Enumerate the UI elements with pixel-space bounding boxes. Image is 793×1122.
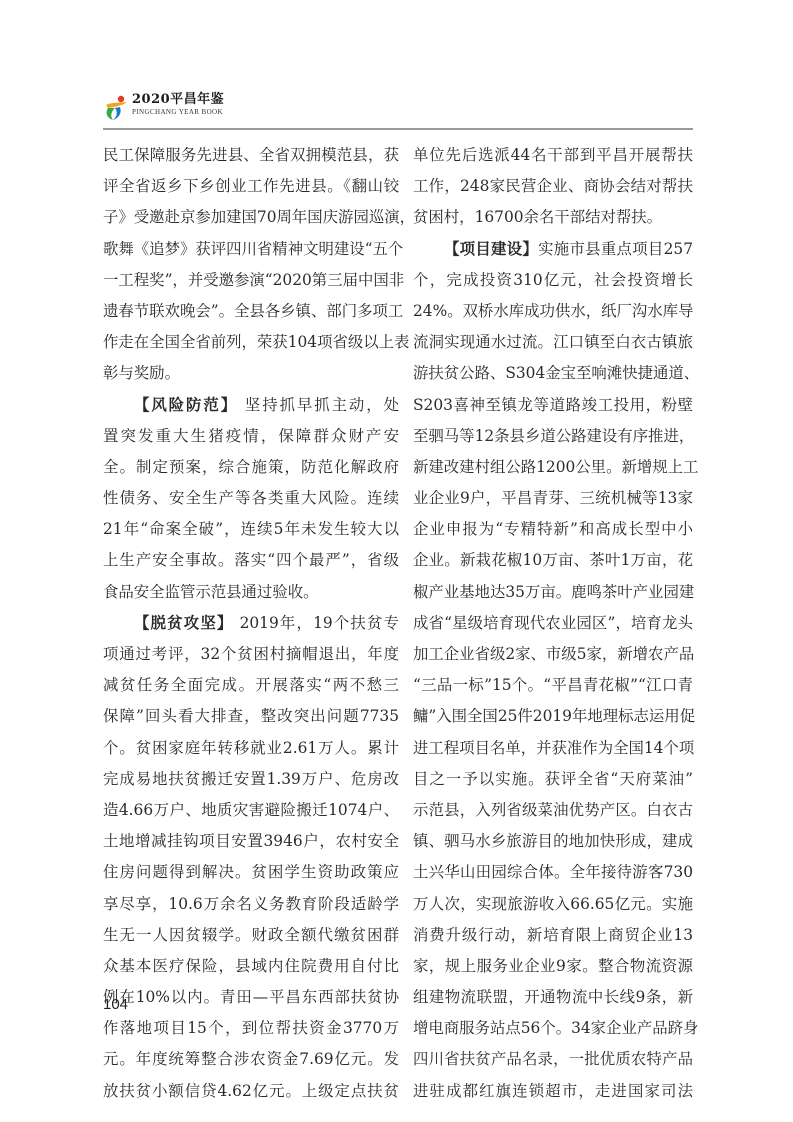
right-column: 单位先后选派44名干部到平昌开展帮扶 工作，248家民营企业、商协会结对帮扶 贫… [413,140,693,1107]
text-line: 企业申报为“专精特新”和高成长型中小 [413,514,693,545]
text-line: 保障”回头看大排查，整改突出问题7735 [103,701,399,732]
text-line: 万人次，实现旅游收入66.65亿元。实施 [413,889,693,920]
section-heading-projects: 【项目建设】 [444,240,538,258]
header-divider [103,128,693,130]
text-line: 进工程项目名单，并获准作为全国14个项 [413,733,693,764]
text-line: 贫困村，16700余名干部结对帮扶。 [413,202,693,233]
text-line: 个。贫困家庭年转移就业2.61万人。累计 [103,733,399,764]
text-line: 生无一人因贫辍学。财政全额代缴贫困群 [103,920,399,951]
text-line: 作走在全国全省前列，荣获104项省级以上表 [103,327,399,358]
text-line: 民工保障服务先进县、全省双拥模范县，获 [103,140,399,171]
text-line: 歌舞《追梦》获评四川省精神文明建设“五个 [103,234,399,265]
section-projects-first-line: 【项目建设】实施市县重点项目257 [413,234,693,265]
text-line: 例在10%以内。青田—平昌东西部扶贫协 [103,982,399,1013]
text-line: 家，规上服务业企业9家。整合物流资源 [413,951,693,982]
pingchang-logo-icon [100,94,130,122]
text-line: 性债务、安全生产等各类重大风险。连续 [103,483,399,514]
text-line: 工作，248家民营企业、商协会结对帮扶 [413,171,693,202]
text-line: 住房问题得到解决。贫困学生资助政策应 [103,857,399,888]
page-header: 2020平昌年鉴 PINGCHANG YEAR BOOK [100,92,700,132]
text-line: 业企业9户，平昌青芽、三统机械等13家 [413,483,693,514]
text-line: S203喜神至镇龙等道路竣工投用，粉壁 [413,390,693,421]
text-line: 组建物流联盟，开通物流中长线9条，新 [413,982,693,1013]
text-line: 作落地项目15个，到位帮扶资金3770万 [103,1013,399,1044]
text-line: 目之一予以实施。获评全省“天府菜油” [413,764,693,795]
text-line: 加工企业省级2家、市级5家，新增农产品 [413,639,693,670]
text-line: 增电商服务站点56个。34家企业产品跻身 [413,1013,693,1044]
text-line: 减贫任务全面完成。开展落实“两不愁三 [103,670,399,701]
section-risk-first-line: 【风险防范】 坚持抓早抓主动，处 [103,390,399,421]
section-poverty-first-line: 【脱贫攻坚】 2019年，19个扶贫专 [103,608,399,639]
yearbook-title: 2020平昌年鉴 [132,92,224,108]
text-line: 食品安全监管示范县通过验收。 [103,577,399,608]
text-line: 24%。双桥水库成功供水，纸厂沟水库导 [413,296,693,327]
text-line: 个，完成投资310亿元，社会投资增长 [413,265,693,296]
text-line: 至驷马等12条县乡道公路建设有序推进， [413,421,693,452]
text-line: 椒产业基地达35万亩。鹿鸣茶叶产业园建 [413,577,693,608]
text-line: 全。制定预案，综合施策，防范化解政府 [103,452,399,483]
text-line: 土兴华山田园综合体。全年接待游客730 [413,857,693,888]
text-line: 土地增减挂钩项目安置3946户，农村安全 [103,826,399,857]
text-line: 元。年度统筹整合涉农资金7.69亿元。发 [103,1044,399,1075]
text-line: 项通过考评，32个贫困村摘帽退出，年度 [103,639,399,670]
text-line: 镇、驷马水乡旅游目的地加快形成，建成 [413,826,693,857]
text-line: 单位先后选派44名干部到平昌开展帮扶 [413,140,693,171]
text-line: 上生产安全事故。落实“四个最严”，省级 [103,545,399,576]
text-line: 成省“星级培育现代农业园区”，培育龙头 [413,608,693,639]
text-line: “三品一标”15个。“平昌青花椒”“江口青 [413,670,693,701]
text-line: 示范县，入列省级菜油优势产区。白衣古 [413,795,693,826]
text-line: 21年“命案全破”，连续5年未发生较大以 [103,514,399,545]
section-heading-poverty: 【脱贫攻坚】 [134,614,233,632]
left-column: 民工保障服务先进县、全省双拥模范县，获 评全省返乡下乡创业工作先进县。《翻山铰 … [103,140,399,1107]
text-line: 遗春节联欢晚会”。全县各乡镇、部门多项工 [103,296,399,327]
text-line: 享尽享，10.6万余名义务教育阶段适龄学 [103,889,399,920]
text-line: 企业。新栽花椒10万亩、茶叶1万亩，花 [413,545,693,576]
text-line: 一工程奖”，并受邀参演“2020第三届中国非 [103,265,399,296]
text-line: 消费升级行动，新培育限上商贸企业13 [413,920,693,951]
yearbook-subtitle: PINGCHANG YEAR BOOK [132,108,224,117]
text-line: 子》受邀赴京参加建国70周年国庆游园巡演， [103,202,399,233]
page-number: 104 [103,996,128,1013]
text-line: 评全省返乡下乡创业工作先进县。《翻山铰 [103,171,399,202]
section-heading-risk: 【风险防范】 [134,396,238,414]
text-line: 四川省扶贫产品名录，一批优质农特产品 [413,1044,693,1075]
text-line: 新建改建村组公路1200公里。新增规上工 [413,452,693,483]
text-line: 众基本医疗保险，县域内住院费用自付比 [103,951,399,982]
text-line: 游扶贫公路、S304金宝至响滩快捷通道、 [413,358,693,389]
text-line: 造4.66万户、地质灾害避险搬迁1074户、 [103,795,399,826]
text-line: 完成易地扶贫搬迁安置1.39万户、危房改 [103,764,399,795]
text-line: 鳙”入围全国25件2019年地理标志运用促 [413,701,693,732]
text-line: 放扶贫小额信贷4.62亿元。上级定点扶贫 [103,1076,399,1107]
text-line: 进驻成都红旗连锁超市，走进国家司法 [413,1076,693,1107]
text-line: 彰与奖励。 [103,358,399,389]
text-line: 置突发重大生猪疫情，保障群众财产安 [103,421,399,452]
text-line: 流洞实现通水过流。江口镇至白衣古镇旅 [413,327,693,358]
